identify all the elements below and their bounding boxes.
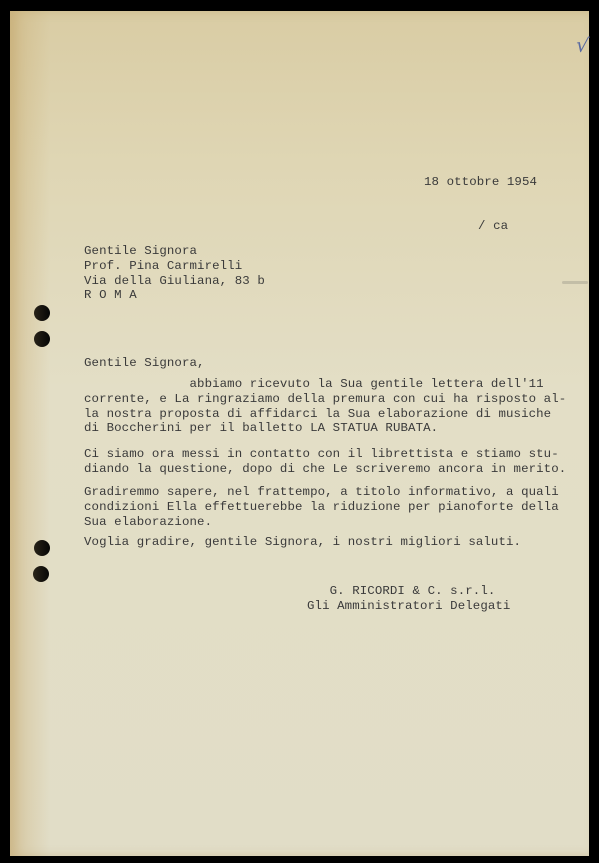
punch-hole — [33, 566, 49, 582]
paragraph-1: abbiamo ricevuto la Sua gentile lettera … — [84, 377, 566, 436]
paragraph-3: Gradiremmo sapere, nel frattempo, a tito… — [84, 485, 559, 529]
recipient-line: R O M A — [84, 288, 137, 302]
recipient-line: Via della Giuliana, 83 b — [84, 274, 265, 288]
letter-date: 18 ottobre 1954 — [424, 175, 537, 190]
reference-code: / ca — [478, 219, 508, 234]
paragraph-2: Ci siamo ora messi in contatto con il li… — [84, 447, 566, 477]
text-line: la nostra proposta di affidarci la Sua e… — [84, 407, 551, 421]
signature-line: G. RICORDI & C. s.r.l. — [307, 584, 495, 598]
check-mark: √ — [574, 32, 590, 58]
signature-block: G. RICORDI & C. s.r.l. Gli Amministrator… — [307, 584, 510, 614]
text-line: Sua elaborazione. — [84, 515, 212, 529]
punch-hole — [34, 305, 50, 321]
recipient-line: Gentile Signora — [84, 244, 197, 258]
text-line: diando la questione, dopo di che Le scri… — [84, 462, 566, 476]
recipient-address: Gentile Signora Prof. Pina Carmirelli Vi… — [84, 244, 265, 303]
punch-hole — [34, 331, 50, 347]
closing: Voglia gradire, gentile Signora, i nostr… — [84, 535, 521, 550]
signature-line: Gli Amministratori Delegati — [307, 599, 510, 613]
text-line: Gradiremmo sapere, nel frattempo, a tito… — [84, 485, 559, 499]
punch-hole — [34, 540, 50, 556]
text-line: di Boccherini per il balletto LA STATUA … — [84, 421, 438, 435]
paper-mark — [562, 281, 588, 284]
text-line: Ci siamo ora messi in contatto con il li… — [84, 447, 559, 461]
text-line: abbiamo ricevuto la Sua gentile lettera … — [84, 377, 544, 391]
recipient-line: Prof. Pina Carmirelli — [84, 259, 242, 273]
text-line: condizioni Ella effettuerebbe la riduzio… — [84, 500, 559, 514]
text-line: corrente, e La ringraziamo della premura… — [84, 392, 566, 406]
salutation: Gentile Signora, — [84, 356, 205, 371]
letter-page: √ 18 ottobre 1954 / ca Gentile Signora P… — [10, 11, 589, 856]
